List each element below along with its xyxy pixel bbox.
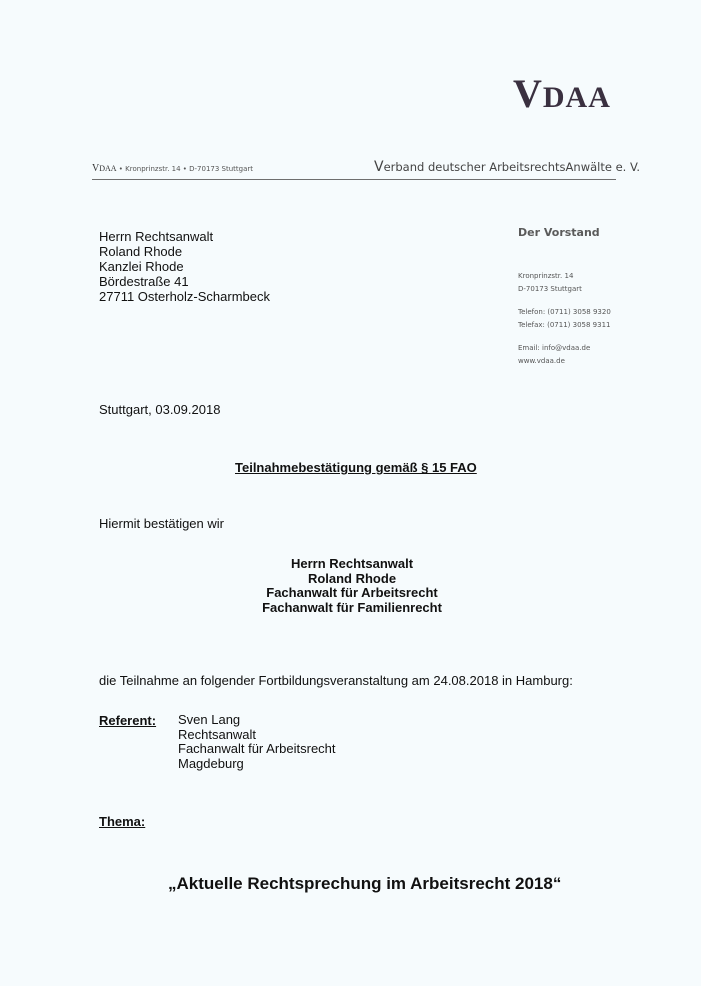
date-line: Stuttgart, 03.09.2018 — [99, 402, 220, 417]
address-line: Herrn Rechtsanwalt — [99, 229, 270, 244]
thema-label: Thema: — [99, 814, 145, 829]
referent-line: Magdeburg — [178, 757, 336, 772]
referent-line: Fachanwalt für Arbeitsrecht — [178, 742, 336, 757]
association-name: Verband deutscher ArbeitsrechtsAnwälte e… — [374, 160, 640, 174]
sidebar-email: Email: info@vdaa.de — [518, 342, 611, 355]
sender-return-address: VDAA • Kronprinzstr. 14 • D-70173 Stuttg… — [92, 164, 253, 174]
sidebar-fax: Telefax: (0711) 3058 9311 — [518, 319, 611, 332]
address-line: Roland Rhode — [99, 244, 270, 259]
address-line: Bördestraße 41 — [99, 274, 270, 289]
topic-title: „Aktuelle Rechtsprechung im Arbeitsrecht… — [168, 874, 561, 894]
participation-text: die Teilnahme an folgender Fortbildungsv… — [99, 673, 573, 688]
vdaa-logo: VDAA — [513, 74, 611, 114]
referent-label: Referent: — [99, 713, 156, 728]
participant-line: Roland Rhode — [200, 572, 504, 587]
address-line: Kanzlei Rhode — [99, 259, 270, 274]
recipient-address: Herrn Rechtsanwalt Roland Rhode Kanzlei … — [99, 229, 270, 304]
referent-line: Rechtsanwalt — [178, 728, 336, 743]
participant-block: Herrn Rechtsanwalt Roland Rhode Fachanwa… — [200, 557, 504, 615]
referent-details: Sven Lang Rechtsanwalt Fachanwalt für Ar… — [178, 713, 336, 771]
sidebar-phone: Telefon: (0711) 3058 9320 — [518, 306, 611, 319]
participant-line: Fachanwalt für Arbeitsrecht — [200, 586, 504, 601]
contact-sidebar: Der Vorstand Kronprinzstr. 14 D-70173 St… — [518, 226, 611, 368]
sender-abbrev: VDAA — [92, 163, 117, 174]
address-line: 27711 Osterholz-Scharmbeck — [99, 289, 270, 304]
participant-line: Herrn Rechtsanwalt — [200, 557, 504, 572]
sidebar-street: Kronprinzstr. 14 — [518, 270, 611, 283]
subject-heading: Teilnahmebestätigung gemäß § 15 FAO — [235, 460, 477, 475]
referent-line: Sven Lang — [178, 713, 336, 728]
intro-text: Hiermit bestätigen wir — [99, 516, 224, 531]
sidebar-web: www.vdaa.de — [518, 355, 611, 368]
sidebar-title: Der Vorstand — [518, 226, 611, 239]
header-divider — [92, 179, 616, 180]
sidebar-city: D-70173 Stuttgart — [518, 283, 611, 296]
participant-line: Fachanwalt für Familienrecht — [200, 601, 504, 616]
